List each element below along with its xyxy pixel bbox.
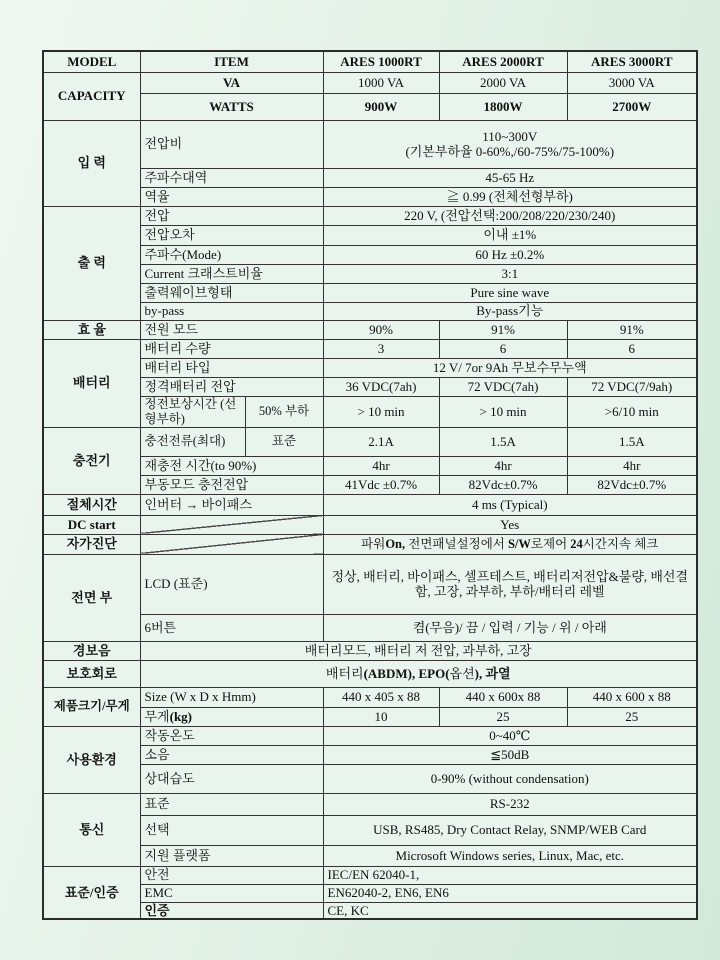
label-cell: 안전 xyxy=(140,866,323,884)
value-cell: 900W xyxy=(323,93,439,120)
row-capacity-va: CAPACITY VA 1000 VA 2000 VA 3000 VA xyxy=(43,72,697,93)
value-text: 배터리 xyxy=(326,666,364,681)
value-cell: 6 xyxy=(439,339,567,358)
value-cell: 4hr xyxy=(439,456,567,475)
value-cell: 0-90% (without condensation) xyxy=(323,764,697,793)
diagonal-line-cell xyxy=(140,534,323,554)
row-battery-type: 배터리 타입 12 V/ 7or 9Ah 무보수무누액 xyxy=(43,358,697,377)
row-input-voltage: 입 력 전압비 110~300V (기본부하율 0-60%,/60-75%/75… xyxy=(43,120,697,168)
label-cell: 정격배터리 전압 xyxy=(140,377,323,396)
model-name-cell: ARES 1000RT xyxy=(323,51,439,72)
value-cell: 60 Hz ±0.2% xyxy=(323,245,697,264)
value-text-bold: ), 과열 xyxy=(475,666,511,681)
value-cell: ≧ 0.99 (전체선형부하) xyxy=(323,187,697,206)
label-cell: 작동온도 xyxy=(140,726,323,745)
value-text-bold: (ABDM), EPO( xyxy=(364,666,450,681)
value-cell: 파워On, 전면패널설정에서 S/W로제어 24시간지속 체크 xyxy=(323,534,697,554)
category-cell: CAPACITY xyxy=(43,72,140,120)
value-cell: 정상, 배터리, 바이패스, 셀프테스트, 배터리저전압&불량, 배선결함, 고… xyxy=(323,554,697,614)
value-cell: CE, KC xyxy=(323,902,697,919)
model-name-cell: ARES 2000RT xyxy=(439,51,567,72)
row-output-freq: 주파수(Mode) 60 Hz ±0.2% xyxy=(43,245,697,264)
value-cell: 440 x 600x 88 xyxy=(439,687,567,707)
label-cell: 재충전 시간(to 90%) xyxy=(140,456,323,475)
row-dc-start: DC start Yes xyxy=(43,515,697,534)
row-output-crest: Current 크래스트비율 3:1 xyxy=(43,264,697,283)
value-text: 시간지속 체크 xyxy=(583,537,659,551)
value-text: 로제어 xyxy=(531,537,570,551)
row-charger-recharge: 재충전 시간(to 90%) 4hr 4hr 4hr xyxy=(43,456,697,475)
row-header: MODEL ITEM ARES 1000RT ARES 2000RT ARES … xyxy=(43,51,697,72)
row-output-voltage: 출 력 전압 220 V, (전압선택:200/208/220/230/240) xyxy=(43,206,697,225)
label-cell: EMC xyxy=(140,884,323,902)
sub-label-cell: 50% 부하 xyxy=(245,396,323,427)
value-cell: 91% xyxy=(439,320,567,339)
category-cell: 통신 xyxy=(43,793,140,866)
row-env-noise: 소음 ≦50dB xyxy=(43,745,697,764)
value-cell: 4hr xyxy=(567,456,697,475)
category-cell: 보호회로 xyxy=(43,660,140,687)
category-cell: 자가진단 xyxy=(43,534,140,554)
value-cell: 82Vdc±0.7% xyxy=(439,475,567,494)
category-cell: 경보음 xyxy=(43,641,140,660)
category-cell: 충전기 xyxy=(43,427,140,494)
value-cell: 2000 VA xyxy=(439,72,567,93)
row-comm-platform: 지원 플랫폼 Microsoft Windows series, Linux, … xyxy=(43,845,697,866)
value-cell: 82Vdc±0.7% xyxy=(567,475,697,494)
value-cell: 켬(무음)/ 끔 / 입력 / 기능 / 위 / 아래 xyxy=(323,614,697,641)
category-cell: 배터리 xyxy=(43,339,140,427)
label-cell: Current 크래스트비율 xyxy=(140,264,323,283)
value-cell: 3000 VA xyxy=(567,72,697,93)
value-cell: 440 x 405 x 88 xyxy=(323,687,439,707)
row-battery-voltage: 정격배터리 전압 36 VDC(7ah) 72 VDC(7ah) 72 VDC(… xyxy=(43,377,697,396)
row-output-wave: 출력웨이브형태 Pure sine wave xyxy=(43,283,697,302)
row-output-bypass: by-pass By-pass기능 xyxy=(43,302,697,320)
sub-label-cell: 표준 xyxy=(245,427,323,456)
value-cell: 4 ms (Typical) xyxy=(323,494,697,515)
value-cell: 12 V/ 7or 9Ah 무보수무누액 xyxy=(323,358,697,377)
row-cert-mark: 인증 CE, KC xyxy=(43,902,697,919)
label-cell: 소음 xyxy=(140,745,323,764)
label-cell: 충전전류(최대) xyxy=(140,427,245,456)
value-cell: 1.5A xyxy=(567,427,697,456)
value-cell: 2.1A xyxy=(323,427,439,456)
category-cell: 전면 부 xyxy=(43,554,140,641)
row-efficiency: 효 율 전원 모드 90% 91% 91% xyxy=(43,320,697,339)
category-cell: 출 력 xyxy=(43,206,140,320)
row-front-lcd: 전면 부 LCD (표준) 정상, 배터리, 바이패스, 셀프테스트, 배터리저… xyxy=(43,554,697,614)
row-input-freq: 주파수대역 45-65 Hz xyxy=(43,168,697,187)
row-battery-qty: 배터리 배터리 수량 3 6 6 xyxy=(43,339,697,358)
value-cell: 6 xyxy=(567,339,697,358)
label-cell: 지원 플랫폼 xyxy=(140,845,323,866)
row-alarm: 경보음 배터리모드, 배터리 저 전압, 과부하, 고장 xyxy=(43,641,697,660)
category-cell: 제품크기/무게 xyxy=(43,687,140,726)
value-text-bold: S/W xyxy=(508,537,531,551)
value-cell: 110~300V (기본부하율 0-60%,/60-75%/75-100%) xyxy=(323,120,697,168)
value-cell: 이내 ±1% xyxy=(323,225,697,245)
diagonal-line-cell xyxy=(140,515,323,534)
value-cell: 1.5A xyxy=(439,427,567,456)
value-cell: EN62040-2, EN6, EN6 xyxy=(323,884,697,902)
label-cell: 역율 xyxy=(140,187,323,206)
row-comm-option: 선택 USB, RS485, Dry Contact Relay, SNMP/W… xyxy=(43,815,697,845)
value-cell: ≦50dB xyxy=(323,745,697,764)
label-cell: 무게(kg) xyxy=(140,707,323,726)
label-cell: 6버튼 xyxy=(140,614,323,641)
value-cell: 0~40℃ xyxy=(323,726,697,745)
value-cell: 3 xyxy=(323,339,439,358)
value-text: 전면패널설정에서 xyxy=(405,537,508,551)
row-charger-current: 충전기 충전전류(최대) 표준 2.1A 1.5A 1.5A xyxy=(43,427,697,456)
category-cell: 표준/인증 xyxy=(43,866,140,919)
label-cell: 전압 xyxy=(140,206,323,225)
label-cell: 전압오차 xyxy=(140,225,323,245)
value-cell: 2700W xyxy=(567,93,697,120)
value-cell: 25 xyxy=(439,707,567,726)
label-cell: 인버터 → 바이패스 xyxy=(140,494,323,515)
row-battery-backup: 정전보상시간 (선형부하) 50% 부하 > 10 min > 10 min >… xyxy=(43,396,697,427)
value-cell: 440 x 600 x 88 xyxy=(567,687,697,707)
category-cell: 사용환경 xyxy=(43,726,140,793)
value-cell: > 10 min xyxy=(323,396,439,427)
spec-sheet: MODEL ITEM ARES 1000RT ARES 2000RT ARES … xyxy=(42,50,698,920)
ups-spec-table: MODEL ITEM ARES 1000RT ARES 2000RT ARES … xyxy=(42,50,698,920)
value-cell: 1000 VA xyxy=(323,72,439,93)
model-header-cell: MODEL xyxy=(43,51,140,72)
label-cell: 부동모드 충전전압 xyxy=(140,475,323,494)
value-text-bold: On, xyxy=(385,537,405,551)
row-protection: 보호회로 배터리(ABDM), EPO(옵션), 과열 xyxy=(43,660,697,687)
label-text-bold: (kg) xyxy=(170,709,192,724)
label-cell: 주파수대역 xyxy=(140,168,323,187)
category-cell: DC start xyxy=(43,515,140,534)
value-text-bold: 24 xyxy=(570,537,583,551)
value-cell: 72 VDC(7/9ah) xyxy=(567,377,697,396)
category-cell: 입 력 xyxy=(43,120,140,206)
label-cell: 주파수(Mode) xyxy=(140,245,323,264)
value-cell: >6/10 min xyxy=(567,396,697,427)
value-cell: USB, RS485, Dry Contact Relay, SNMP/WEB … xyxy=(323,815,697,845)
label-cell: LCD (표준) xyxy=(140,554,323,614)
row-self-test: 자가진단 파워On, 전면패널설정에서 S/W로제어 24시간지속 체크 xyxy=(43,534,697,554)
row-comm-standard: 통신 표준 RS-232 xyxy=(43,793,697,815)
row-transfer-time: 절체시간 인버터 → 바이패스 4 ms (Typical) xyxy=(43,494,697,515)
label-text: 무게 xyxy=(145,709,170,724)
row-cert-emc: EMC EN62040-2, EN6, EN6 xyxy=(43,884,697,902)
category-cell: 효 율 xyxy=(43,320,140,339)
value-cell: 41Vdc ±0.7% xyxy=(323,475,439,494)
value-cell: 91% xyxy=(567,320,697,339)
label-cell: 출력웨이브형태 xyxy=(140,283,323,302)
value-cell: 72 VDC(7ah) xyxy=(439,377,567,396)
value-cell: IEC/EN 62040-1, xyxy=(323,866,697,884)
row-charger-float: 부동모드 충전전압 41Vdc ±0.7% 82Vdc±0.7% 82Vdc±0… xyxy=(43,475,697,494)
row-capacity-watts: WATTS 900W 1800W 2700W xyxy=(43,93,697,120)
value-cell: Pure sine wave xyxy=(323,283,697,302)
value-cell: 배터리(ABDM), EPO(옵션), 과열 xyxy=(140,660,697,687)
value-cell: Yes xyxy=(323,515,697,534)
row-env-humidity: 상대습도 0-90% (without condensation) xyxy=(43,764,697,793)
row-input-pf: 역율 ≧ 0.99 (전체선형부하) xyxy=(43,187,697,206)
label-cell: 표준 xyxy=(140,793,323,815)
row-env-temp: 사용환경 작동온도 0~40℃ xyxy=(43,726,697,745)
label-cell: WATTS xyxy=(140,93,323,120)
value-cell: RS-232 xyxy=(323,793,697,815)
label-cell: 선택 xyxy=(140,815,323,845)
value-cell: 45-65 Hz xyxy=(323,168,697,187)
row-cert-safety: 표준/인증 안전 IEC/EN 62040-1, xyxy=(43,866,697,884)
value-cell: 4hr xyxy=(323,456,439,475)
value-cell: > 10 min xyxy=(439,396,567,427)
value-cell: 1800W xyxy=(439,93,567,120)
label-cell: Size (W x D x Hmm) xyxy=(140,687,323,707)
label-cell: by-pass xyxy=(140,302,323,320)
value-cell: Microsoft Windows series, Linux, Mac, et… xyxy=(323,845,697,866)
row-output-tolerance: 전압오차 이내 ±1% xyxy=(43,225,697,245)
row-front-buttons: 6버튼 켬(무음)/ 끔 / 입력 / 기능 / 위 / 아래 xyxy=(43,614,697,641)
value-text: 옵션 xyxy=(450,666,475,681)
label-cell: 전압비 xyxy=(140,120,323,168)
value-cell: 배터리모드, 배터리 저 전압, 과부하, 고장 xyxy=(140,641,697,660)
label-cell: 상대습도 xyxy=(140,764,323,793)
category-cell: 절체시간 xyxy=(43,494,140,515)
value-cell: 25 xyxy=(567,707,697,726)
value-cell: 3:1 xyxy=(323,264,697,283)
value-cell: 10 xyxy=(323,707,439,726)
value-cell: 90% xyxy=(323,320,439,339)
label-cell: 전원 모드 xyxy=(140,320,323,339)
row-size: 제품크기/무게 Size (W x D x Hmm) 440 x 405 x 8… xyxy=(43,687,697,707)
value-cell: 36 VDC(7ah) xyxy=(323,377,439,396)
model-name-cell: ARES 3000RT xyxy=(567,51,697,72)
row-weight: 무게(kg) 10 25 25 xyxy=(43,707,697,726)
value-cell: By-pass기능 xyxy=(323,302,697,320)
label-cell: 배터리 수량 xyxy=(140,339,323,358)
item-header-cell: ITEM xyxy=(140,51,323,72)
value-text: 파워 xyxy=(361,537,385,551)
label-cell: VA xyxy=(140,72,323,93)
value-cell: 220 V, (전압선택:200/208/220/230/240) xyxy=(323,206,697,225)
label-cell: 인증 xyxy=(140,902,323,919)
label-cell: 정전보상시간 (선형부하) xyxy=(140,396,245,427)
label-cell: 배터리 타입 xyxy=(140,358,323,377)
